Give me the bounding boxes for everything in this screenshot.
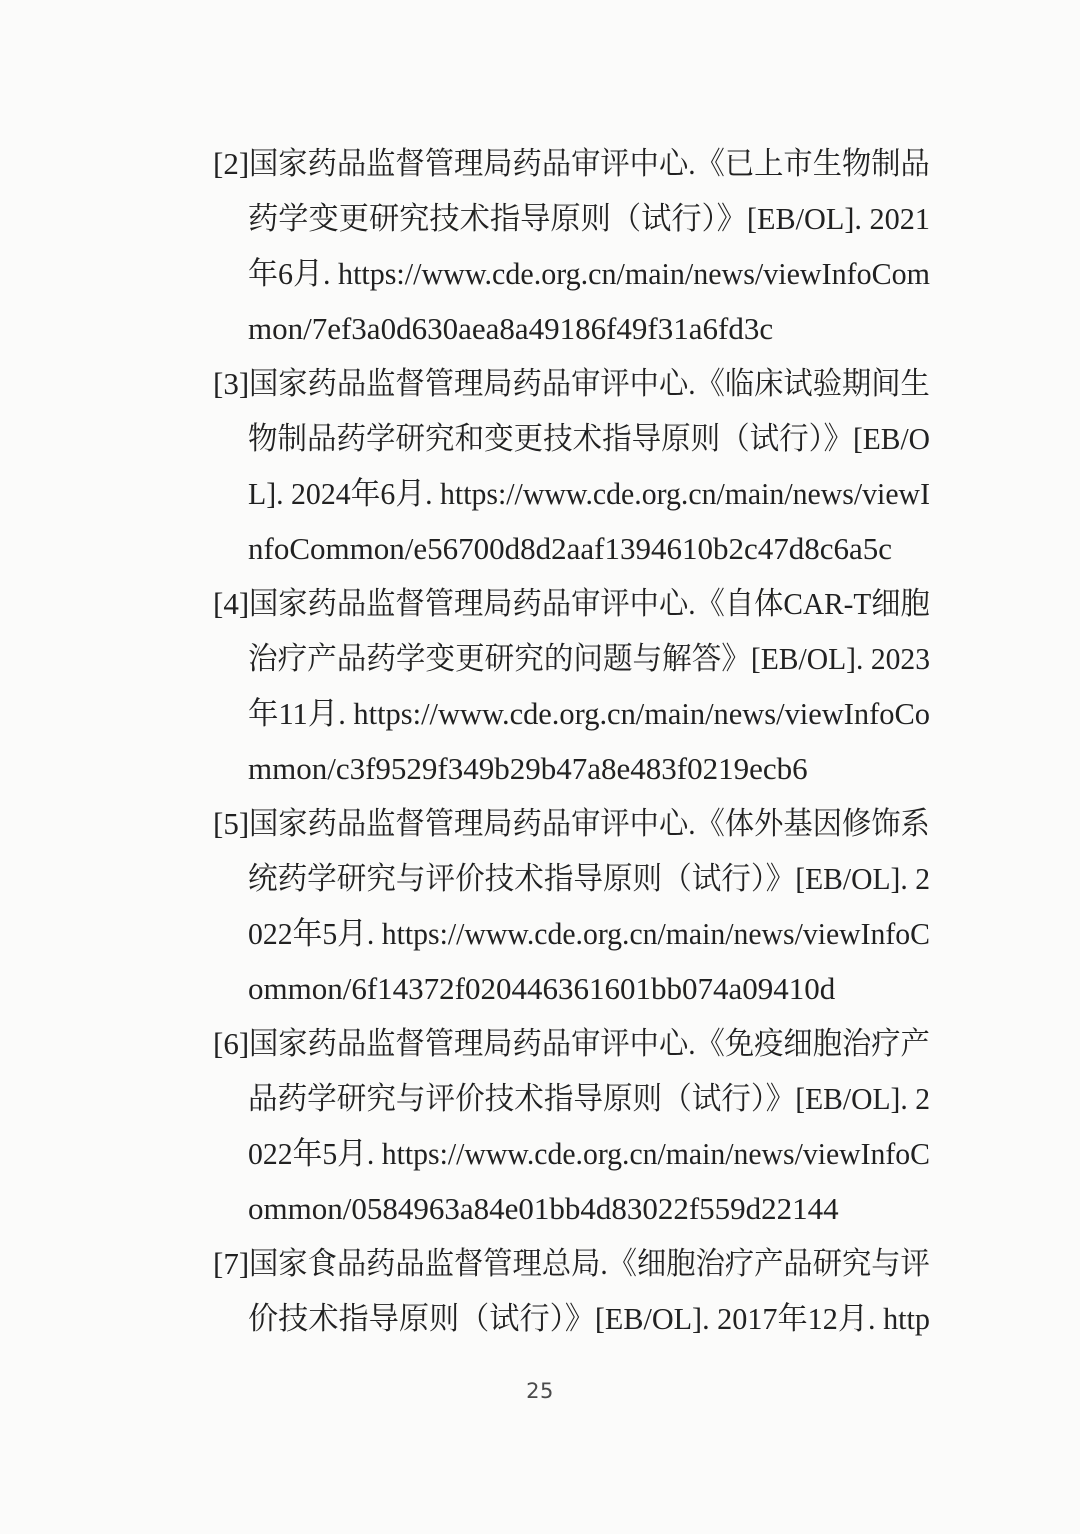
reference-text: ommon/0584963a84e01bb4d83022f559d22144	[248, 1181, 839, 1236]
reference-number: [5]	[213, 796, 249, 851]
reference-text: 国家药品监督管理局药品审评中心.《免疫细胞治疗产	[249, 1016, 930, 1071]
reference-continuation-line: 品药学研究与评价技术指导原则（试行）》[EB/OL]. 2	[213, 1071, 930, 1126]
reference-first-line: [7]国家食品药品监督管理总局.《细胞治疗产品研究与评	[213, 1236, 930, 1291]
reference-entry: [2]国家药品监督管理局药品审评中心.《已上市生物制品药学变更研究技术指导原则（…	[213, 136, 930, 356]
reference-continuation-line: 022年5月. https://www.cde.org.cn/main/news…	[213, 1126, 930, 1181]
reference-continuation-line: ommon/0584963a84e01bb4d83022f559d22144	[213, 1181, 930, 1236]
reference-text: 年11月. https://www.cde.org.cn/main/news/v…	[248, 686, 930, 741]
reference-text: 年6月. https://www.cde.org.cn/main/news/vi…	[248, 246, 930, 301]
reference-continuation-line: nfoCommon/e56700d8d2aaf1394610b2c47d8c6a…	[213, 521, 930, 576]
reference-first-line: [5]国家药品监督管理局药品审评中心.《体外基因修饰系	[213, 796, 930, 851]
reference-text: 统药学研究与评价技术指导原则（试行）》[EB/OL]. 2	[248, 851, 930, 906]
reference-first-line: [6]国家药品监督管理局药品审评中心.《免疫细胞治疗产	[213, 1016, 930, 1071]
reference-entry: [7]国家食品药品监督管理总局.《细胞治疗产品研究与评价技术指导原则（试行）》[…	[213, 1236, 930, 1346]
reference-continuation-line: 年11月. https://www.cde.org.cn/main/news/v…	[213, 686, 930, 741]
reference-text: mon/7ef3a0d630aea8a49186f49f31a6fd3c	[248, 301, 773, 356]
reference-text: nfoCommon/e56700d8d2aaf1394610b2c47d8c6a…	[248, 521, 892, 576]
reference-first-line: [3]国家药品监督管理局药品审评中心.《临床试验期间生	[213, 356, 930, 411]
reference-first-line: [4]国家药品监督管理局药品审评中心.《自体CAR-T细胞	[213, 576, 930, 631]
reference-continuation-line: 药学变更研究技术指导原则（试行）》[EB/OL]. 2021	[213, 191, 930, 246]
reference-continuation-line: ommon/6f14372f020446361601bb074a09410d	[213, 961, 930, 1016]
reference-text: mmon/c3f9529f349b29b47a8e483f0219ecb6	[248, 741, 808, 796]
reference-continuation-line: 治疗产品药学变更研究的问题与解答》[EB/OL]. 2023	[213, 631, 930, 686]
reference-first-line: [2]国家药品监督管理局药品审评中心.《已上市生物制品	[213, 136, 930, 191]
reference-text: 国家药品监督管理局药品审评中心.《体外基因修饰系	[249, 796, 930, 851]
reference-text: 国家药品监督管理局药品审评中心.《已上市生物制品	[249, 136, 930, 191]
reference-text: L]. 2024年6月. https://www.cde.org.cn/main…	[248, 466, 930, 521]
reference-text: 国家药品监督管理局药品审评中心.《临床试验期间生	[249, 356, 930, 411]
reference-text: 022年5月. https://www.cde.org.cn/main/news…	[248, 906, 930, 961]
reference-text: 治疗产品药学变更研究的问题与解答》[EB/OL]. 2023	[248, 631, 930, 686]
reference-number: [4]	[213, 576, 249, 631]
page-number: 25	[0, 1379, 1080, 1403]
reference-text: ommon/6f14372f020446361601bb074a09410d	[248, 961, 835, 1016]
reference-continuation-line: 价技术指导原则（试行）》[EB/OL]. 2017年12月. http	[213, 1291, 930, 1346]
reference-continuation-line: L]. 2024年6月. https://www.cde.org.cn/main…	[213, 466, 930, 521]
reference-entry: [3]国家药品监督管理局药品审评中心.《临床试验期间生物制品药学研究和变更技术指…	[213, 356, 930, 576]
reference-continuation-line: 物制品药学研究和变更技术指导原则（试行）》[EB/O	[213, 411, 930, 466]
reference-number: [7]	[213, 1236, 249, 1291]
references-list: [2]国家药品监督管理局药品审评中心.《已上市生物制品药学变更研究技术指导原则（…	[213, 136, 930, 1346]
reference-text: 国家食品药品监督管理总局.《细胞治疗产品研究与评	[249, 1236, 930, 1291]
reference-continuation-line: mmon/c3f9529f349b29b47a8e483f0219ecb6	[213, 741, 930, 796]
reference-entry: [6]国家药品监督管理局药品审评中心.《免疫细胞治疗产品药学研究与评价技术指导原…	[213, 1016, 930, 1236]
reference-continuation-line: 年6月. https://www.cde.org.cn/main/news/vi…	[213, 246, 930, 301]
reference-continuation-line: 统药学研究与评价技术指导原则（试行）》[EB/OL]. 2	[213, 851, 930, 906]
reference-continuation-line: 022年5月. https://www.cde.org.cn/main/news…	[213, 906, 930, 961]
reference-entry: [5]国家药品监督管理局药品审评中心.《体外基因修饰系统药学研究与评价技术指导原…	[213, 796, 930, 1016]
reference-number: [2]	[213, 136, 249, 191]
reference-entry: [4]国家药品监督管理局药品审评中心.《自体CAR-T细胞治疗产品药学变更研究的…	[213, 576, 930, 796]
reference-text: 品药学研究与评价技术指导原则（试行）》[EB/OL]. 2	[248, 1071, 930, 1126]
reference-number: [3]	[213, 356, 249, 411]
reference-text: 022年5月. https://www.cde.org.cn/main/news…	[248, 1126, 930, 1181]
reference-text: 价技术指导原则（试行）》[EB/OL]. 2017年12月. http	[248, 1291, 930, 1346]
reference-text: 药学变更研究技术指导原则（试行）》[EB/OL]. 2021	[248, 191, 930, 246]
reference-number: [6]	[213, 1016, 249, 1071]
reference-text: 国家药品监督管理局药品审评中心.《自体CAR-T细胞	[249, 576, 930, 631]
reference-continuation-line: mon/7ef3a0d630aea8a49186f49f31a6fd3c	[213, 301, 930, 356]
reference-text: 物制品药学研究和变更技术指导原则（试行）》[EB/O	[248, 411, 930, 466]
